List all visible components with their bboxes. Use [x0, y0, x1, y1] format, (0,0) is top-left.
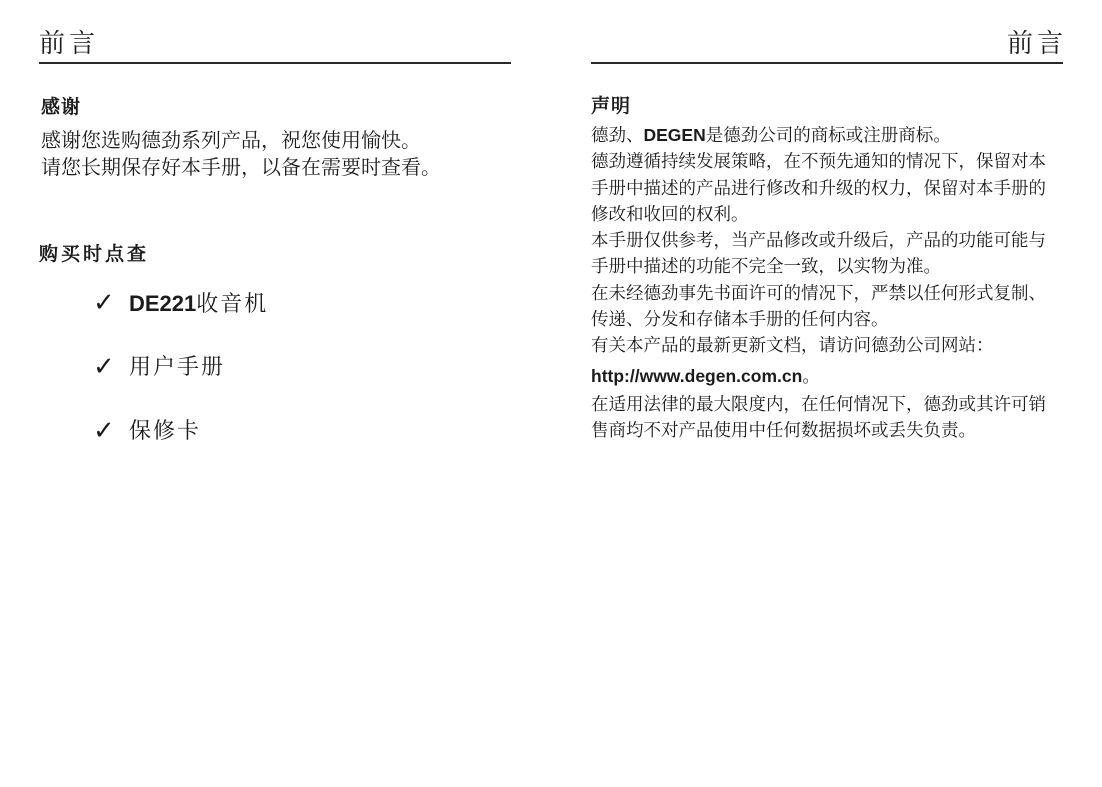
trademark-prefix: 德劲、 — [591, 126, 644, 146]
thanks-line-2: 请您长期保存好本手册，以备在需要时查看。 — [41, 154, 441, 181]
checklist-item-label: 保修卡 — [129, 415, 201, 449]
model-number: DE221 — [129, 291, 196, 316]
checklist-item-warranty-card: ✓ 保修卡 — [93, 415, 268, 479]
policy-paragraph: 德劲遵循持续发展策略，在不预先通知的情况下，保留对本手册中描述的产品进行修改和升… — [591, 149, 1063, 228]
liability-paragraph: 在适用法律的最大限度内，在任何情况下，德劲或其许可销售商均不对产品使用中任何数据… — [591, 392, 1063, 445]
copyright-paragraph: 在未经德劲事先书面许可的情况下，严禁以任何形式复制、传递、分发和存储本手册的任何… — [591, 281, 1063, 334]
thanks-heading: 感谢 — [41, 95, 81, 119]
purchase-checklist: ✓ DE221收音机 ✓ 用户手册 ✓ 保修卡 — [93, 287, 268, 479]
checkmark-icon: ✓ — [93, 415, 125, 447]
checklist-item-manual: ✓ 用户手册 — [93, 351, 268, 415]
statement-heading: 声明 — [591, 94, 631, 118]
page-title: 前言 — [39, 28, 99, 60]
website-paragraph: 有关本产品的最新更新文档，请访问德劲公司网站： — [591, 333, 1063, 359]
url-suffix: 。 — [802, 367, 820, 387]
website-link[interactable]: http://www.degen.com.cn — [591, 366, 802, 386]
trademark-suffix: 是德劲公司的商标或注册商标。 — [706, 126, 951, 146]
statement-body: 德劲、DEGEN是德劲公司的商标或注册商标。 德劲遵循持续发展策略，在不预先通知… — [591, 122, 1063, 444]
page-title: 前言 — [1007, 28, 1067, 60]
checklist-item-label: 用户手册 — [129, 351, 225, 385]
page-header: 前言 — [591, 26, 1063, 64]
trademark-paragraph: 德劲、DEGEN是德劲公司的商标或注册商标。 — [591, 122, 1063, 149]
checkmark-icon: ✓ — [93, 351, 125, 383]
checklist-item-radio: ✓ DE221收音机 — [93, 287, 268, 351]
item-name: 收音机 — [196, 292, 268, 317]
checkmark-icon: ✓ — [93, 287, 125, 319]
reference-paragraph: 本手册仅供参考，当产品修改或升级后，产品的功能可能与手册中描述的功能不完全一致，… — [591, 228, 1063, 281]
left-page: 前言 感谢 感谢您选购德劲系列产品，祝您使用愉快。 请您长期保存好本手册，以备在… — [39, 0, 511, 787]
page-header: 前言 — [39, 26, 511, 64]
checklist-item-label: DE221收音机 — [129, 287, 268, 322]
website-url-line: http://www.degen.com.cn。 — [591, 362, 1063, 392]
checklist-heading: 购买时点查 — [39, 242, 149, 266]
right-page: 前言 声明 德劲、DEGEN是德劲公司的商标或注册商标。 德劲遵循持续发展策略，… — [591, 0, 1063, 787]
brand-name: DEGEN — [644, 125, 706, 145]
thanks-line-1: 感谢您选购德劲系列产品，祝您使用愉快。 — [41, 127, 421, 154]
